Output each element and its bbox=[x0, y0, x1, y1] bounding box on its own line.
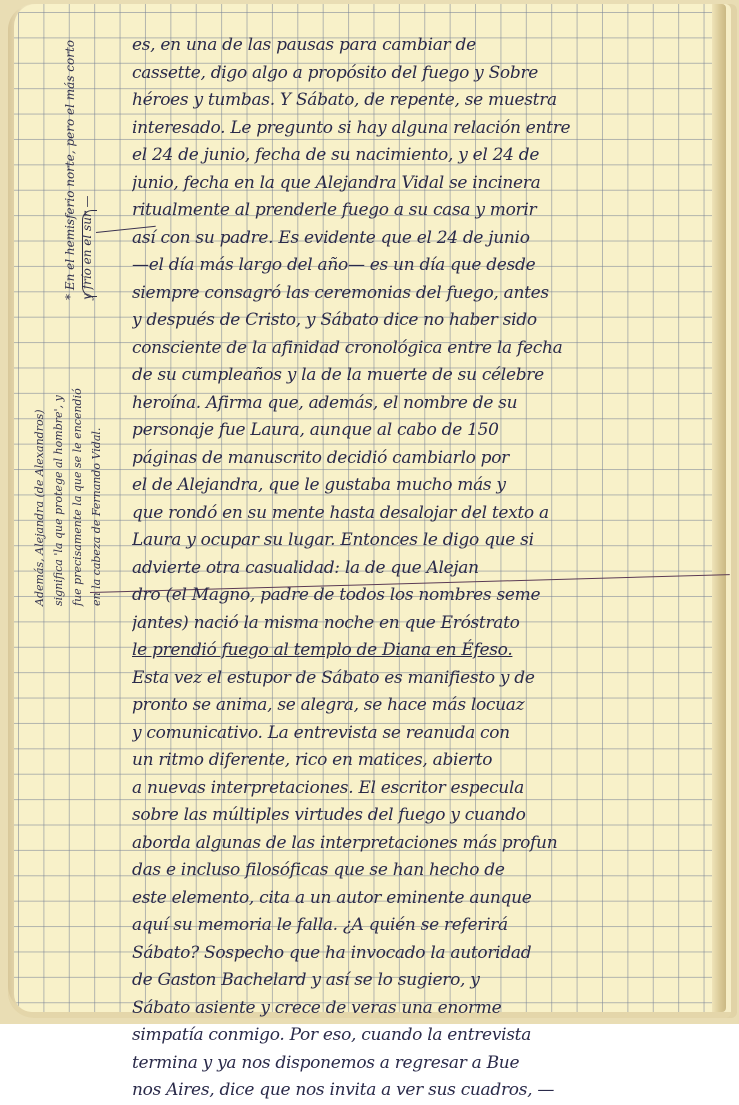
text-line: y después de Cristo, y Sábato dice no ha… bbox=[132, 307, 722, 335]
text-line: páginas de manuscrito decidió cambiarlo … bbox=[132, 445, 722, 473]
text-line: —el día más largo del año— es un día que… bbox=[132, 252, 722, 280]
text-line: y comunicativo. La entrevista se reanuda… bbox=[132, 720, 722, 748]
text-line: heroína. Afirma que, además, el nombre d… bbox=[132, 390, 722, 418]
text-line: junio, fecha en la que Alejandra Vidal s… bbox=[132, 170, 722, 198]
text-line: héroes y tumbas. Y Sábato, de repente, s… bbox=[132, 87, 722, 115]
text-line: siempre consagró las ceremonias del fueg… bbox=[132, 280, 722, 308]
text-line: sobre las múltiples virtudes del fuego y… bbox=[132, 802, 722, 830]
text-line: Laura y ocupar su lugar. Entonces le dig… bbox=[132, 527, 722, 555]
text-line: Esta vez el estupor de Sábato es manifie… bbox=[132, 665, 722, 693]
text-line: así con su padre. Es evidente que el 24 … bbox=[132, 225, 722, 253]
text-line: advierte otra casualidad: la de que Alej… bbox=[132, 555, 722, 583]
text-line: el 24 de junio, fecha de su nacimiento, … bbox=[132, 142, 722, 170]
text-line: interesado. Le pregunto si hay alguna re… bbox=[132, 115, 722, 143]
margin-note-lower: Además, Alejandra (de Alexandros) signif… bbox=[30, 381, 130, 606]
text-line: pronto se anima, se alegra, se hace más … bbox=[132, 692, 722, 720]
text-line: Sábato? Sospecho que ha invocado la auto… bbox=[132, 940, 722, 968]
text-line: das e incluso filosóficas que se han hec… bbox=[132, 857, 722, 885]
text-line: de Gaston Bachelard y así se lo sugiero,… bbox=[132, 967, 722, 995]
text-line: aquí su memoria le falla. ¿A quién se re… bbox=[132, 912, 722, 940]
text-line: consciente de la afinidad cronológica en… bbox=[132, 335, 722, 363]
handwritten-text: es, en una de las pausas para cambiar de… bbox=[132, 32, 722, 1024]
text-line: personaje fue Laura, aunque al cabo de 1… bbox=[132, 417, 722, 445]
text-line: el de Alejandra, que le gustaba mucho má… bbox=[132, 472, 722, 500]
text-line: Sábato asiente y crece de veras una enor… bbox=[132, 995, 722, 1023]
text-line: ritualmente al prenderle fuego a su casa… bbox=[132, 197, 722, 225]
text-line: dro (el Magno, padre de todos los nombre… bbox=[132, 582, 722, 610]
text-line: aborda algunas de las interpretaciones m… bbox=[132, 830, 722, 858]
text-line: que rondó en su mente hasta desalojar de… bbox=[132, 500, 722, 528]
notebook: * En el hemisferio norte, pero el más co… bbox=[0, 0, 739, 1024]
text-line: este elemento, cita a un autor eminente … bbox=[132, 885, 722, 913]
text-line: a nuevas interpretaciones. El escritor e… bbox=[132, 775, 722, 803]
text-line: es, en una de las pausas para cambiar de bbox=[132, 32, 722, 60]
text-line: un ritmo diferente, rico en matices, abi… bbox=[132, 747, 722, 775]
text-line-underlined: le prendió fuego al templo de Diana en É… bbox=[132, 637, 722, 665]
text-line: jantes) nació la misma noche en que Erós… bbox=[132, 610, 722, 638]
text-line: de su cumpleaños y la de la muerte de su… bbox=[132, 362, 722, 390]
margin-note-upper: * En el hemisferio norte, pero el más co… bbox=[62, 30, 102, 300]
text-line: cassette, digo algo a propósito del fueg… bbox=[132, 60, 722, 88]
